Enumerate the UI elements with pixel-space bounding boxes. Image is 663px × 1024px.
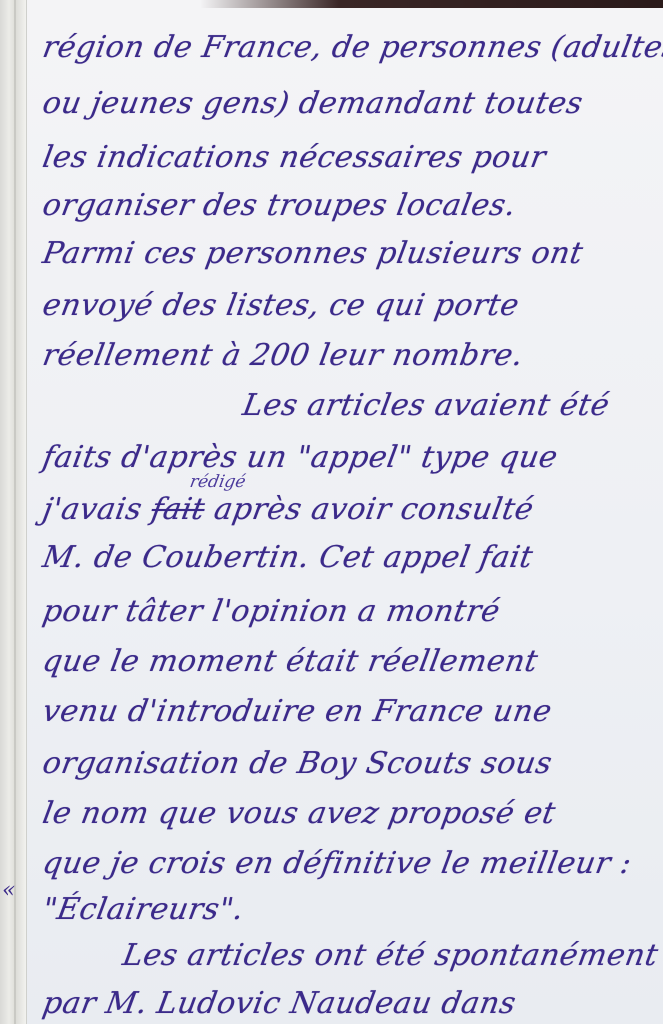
binding-fold: [14, 0, 16, 1024]
text-line-19: Les articles ont été spontanément: [120, 938, 661, 973]
text-line-5: Parmi ces personnes plusieurs ont: [40, 236, 586, 271]
text-line-3: les indications nécessaires pour: [40, 140, 549, 175]
text-line-12: pour tâter l'opinion a montré: [40, 594, 503, 629]
text-segment: après avoir consulté: [201, 492, 536, 527]
text-line-11: M. de Coubertin. Cet appel fait: [40, 540, 536, 575]
text-line-9: faits d'après un "appel" type que: [40, 440, 561, 475]
text-line-18: "Éclaireurs".: [40, 892, 247, 927]
inserted-word: rédigé: [188, 472, 247, 492]
text-line-6: envoyé des listes, ce qui porte: [40, 288, 522, 323]
text-line-16: le nom que vous avez proposé et: [40, 796, 558, 831]
text-line-14: venu d'introduire en France une: [40, 694, 555, 729]
letter-page: région de France, de personnes (adultes …: [0, 0, 663, 1024]
bleed-through-text: [329, 880, 339, 910]
text-line-15: organisation de Boy Scouts sous: [40, 746, 555, 781]
text-line-20: par M. Ludovic Naudeau dans: [40, 986, 519, 1021]
scan-edge-shadow: [200, 0, 663, 8]
text-line-17: que je crois en définitive le meilleur :: [40, 846, 634, 881]
text-line-1: région de France, de personnes (adultes: [40, 30, 663, 65]
binding-margin: [0, 0, 27, 1024]
text-segment: j'avais: [40, 492, 155, 527]
text-line-7: réellement à 200 leur nombre.: [40, 338, 526, 373]
margin-quote-mark: «: [2, 878, 15, 903]
text-line-8: Les articles avaient été: [240, 388, 612, 423]
struck-word: fait: [149, 492, 208, 527]
text-line-2: ou jeunes gens) demandant toutes: [40, 86, 586, 121]
text-line-4: organiser des troupes locales.: [40, 188, 519, 223]
text-line-13: que le moment était réellement: [40, 644, 541, 679]
text-line-10: j'avais fait après avoir consulté: [40, 492, 536, 527]
